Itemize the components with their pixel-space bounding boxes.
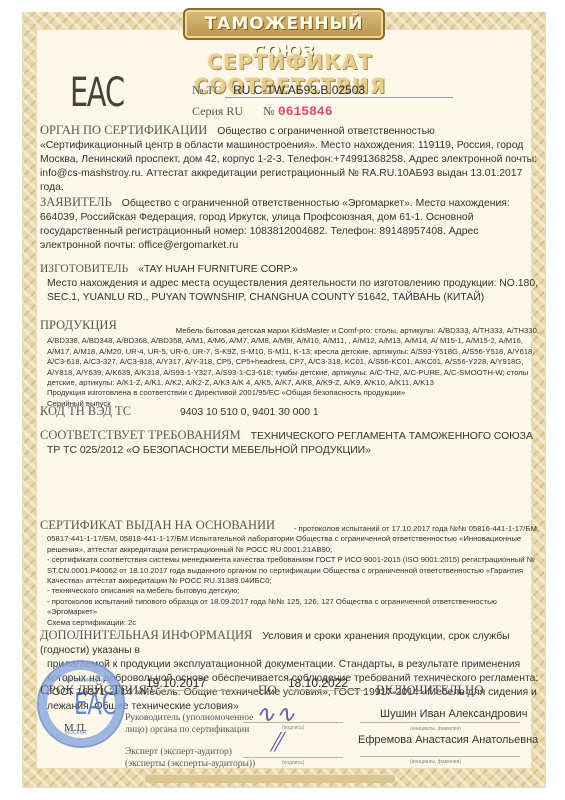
expert-name-line xyxy=(360,756,520,757)
certification-stamp: СЕРТИФИКАЦИИ ЕАС МОСКВА xyxy=(37,660,125,748)
validity-row: СРОК ДЕЙСТВИЯ С 19.10.2017 ПО 18.10.2022… xyxy=(40,682,530,698)
head-label: Руководитель (уполномоченное лицо) орган… xyxy=(125,712,253,736)
validity-to-label: ПО xyxy=(258,682,277,698)
series-label: Серия RU xyxy=(192,104,243,118)
basis-item-3: - технического описания на мебель бытову… xyxy=(40,586,539,596)
organ-section: ОРГАН ПО СЕРТИФИКАЦИИОбщество с ограниче… xyxy=(40,123,539,195)
compliance-section: СООТВЕТСТВУЕТ ТРЕБОВАНИЯМТЕХНИЧЕСКОГО РЕ… xyxy=(40,428,539,458)
eac-logo-icon: ЕАС xyxy=(70,70,124,116)
expert-name: Ефремова Анастасия Анатольевна xyxy=(358,734,538,746)
head-label-line2: лицо) органа по сертификации xyxy=(125,724,253,736)
compliance-heading: СООТВЕТСТВУЕТ ТРЕБОВАНИЯМ xyxy=(40,428,241,442)
expert-signature-line xyxy=(243,757,343,758)
head-name-line xyxy=(360,722,520,723)
basis-scheme: Схема сертификации: 2с xyxy=(40,618,539,628)
series-no-value: 0615846 xyxy=(278,104,333,119)
basis-item-4: - протоколов испытаний типового образца … xyxy=(40,597,539,618)
expert-label-line2: (эксперты (эксперты-аудиторы)) xyxy=(125,758,255,770)
tn-ved-heading: КОД ТН ВЭД ТС xyxy=(40,404,170,418)
seal-label: М.П. xyxy=(64,722,87,734)
products-text: A/BD338, A/BD348, A/BD368, A/BD358, A/M1… xyxy=(40,336,539,388)
basis-item-2: - сертификата соответствия системы менед… xyxy=(40,555,539,586)
compliance-line2: ТР ТС 025/2012 «О БЕЗОПАСНОСТИ МЕБЕЛЬНОЙ… xyxy=(40,444,539,458)
manufacturer-section: ИЗГОТОВИТЕЛЬ«TAY HUAH FURNITURE CORP.» М… xyxy=(40,262,539,305)
organ-heading: ОРГАН ПО СЕРТИФИКАЦИИ xyxy=(40,123,207,137)
products-section: ПРОДУКЦИЯ Мебель бытовая детская марки K… xyxy=(40,318,539,409)
validity-inclusive: ВКЛЮЧИТЕЛЬНО xyxy=(376,682,484,698)
tn-ved-value: 9403 10 510 0, 9401 30 000 1 xyxy=(180,407,319,418)
validity-heading: СРОК ДЕЙСТВИЯ С xyxy=(40,682,159,697)
expert-signature: ⫽ xyxy=(270,728,282,759)
head-name-caption: (инициалы, фамилия) xyxy=(410,726,461,732)
cert-number-label: № ТС xyxy=(192,83,222,97)
series-number: Серия RU № 0615846 xyxy=(192,104,333,119)
expert-label-line1: Эксперт (эксперт-аудитор) xyxy=(125,746,255,758)
manufacturer-heading: ИЗГОТОВИТЕЛЬ xyxy=(40,263,128,275)
compliance-line1: ТЕХНИЧЕСКОГО РЕГЛАМЕНТА ТАМОЖЕННОГО СОЮЗ… xyxy=(251,431,533,442)
products-directive: Продукция изготовлена в соответствии с Д… xyxy=(40,388,539,398)
expert-name-caption: (инициалы, фамилия) xyxy=(410,759,461,765)
expert-label: Эксперт (эксперт-аудитор) (эксперты (экс… xyxy=(125,746,255,770)
applicant-heading: ЗАЯВИТЕЛЬ xyxy=(40,195,112,209)
head-label-line1: Руководитель (уполномоченное xyxy=(125,712,253,724)
head-signature: ∿∿ xyxy=(255,700,295,729)
validity-from: 19.10.2017 xyxy=(146,676,246,691)
series-no-label: № xyxy=(263,104,274,118)
manufacturer-text: Место нахождения и адрес места осуществл… xyxy=(40,277,539,305)
additional-heading: ДОПОЛНИТЕЛЬНАЯ ИНФОРМАЦИЯ xyxy=(40,628,252,642)
validity-to: 18.10.2022 xyxy=(288,676,368,691)
cert-number-value: RU C-TW.АБ93.В.02503 xyxy=(225,83,453,98)
certificate-number: № ТС RU C-TW.АБ93.В.02503 xyxy=(192,83,453,98)
manufacturer-name: «TAY HUAH FURNITURE CORP.» xyxy=(138,264,298,275)
basis-section: СЕРТИФИКАТ ВЫДАН НА ОСНОВАНИИ - протокол… xyxy=(40,518,539,628)
printer-footer xyxy=(145,775,395,783)
applicant-section: ЗАЯВИТЕЛЬОбщество с ограниченной ответст… xyxy=(40,195,539,253)
tn-ved-section: КОД ТН ВЭД ТС9403 10 510 0, 9401 30 000 … xyxy=(40,404,539,420)
customs-union-banner: ТАМОЖЕННЫЙ СОЮЗ xyxy=(183,8,385,40)
expert-sign-caption: (подпись) xyxy=(282,760,304,766)
basis-text: 05817-441-1-17/БМ, 05818-441-1-17/БМ Исп… xyxy=(40,534,539,555)
head-name: Шушин Иван Александрович xyxy=(380,708,527,720)
